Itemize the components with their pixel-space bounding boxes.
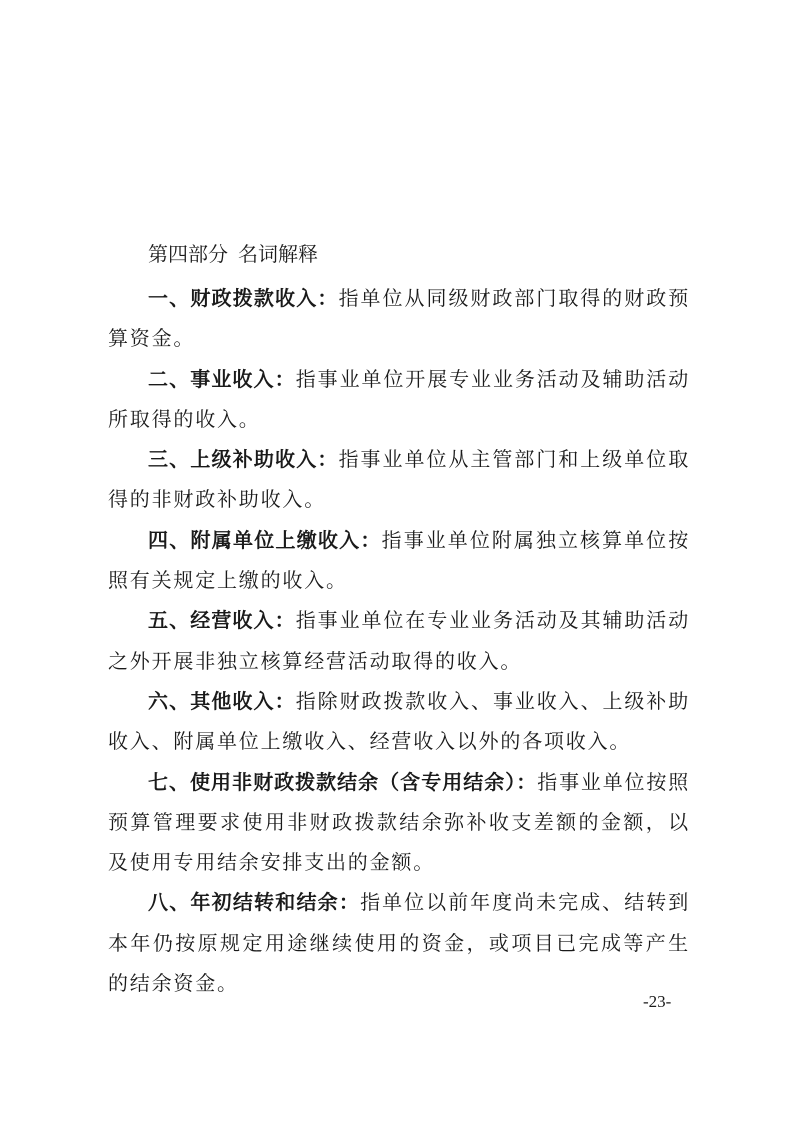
definition-term: 七、使用非财政拨款结余（含专用结余）： [148, 770, 537, 794]
section-heading: 第四部分名词解释 [148, 238, 318, 267]
definition-term: 八、年初结转和结余： [148, 890, 360, 914]
definition-item: 三、上级补助收入：指事业单位从主管部门和上级单位取得的非财政补助收入。 [108, 439, 690, 520]
section-title: 名词解释 [238, 242, 318, 266]
definition-item: 一、财政拨款收入：指单位从同级财政部门取得的财政预算资金。 [108, 278, 690, 359]
document-page: 第四部分名词解释 一、财政拨款收入：指单位从同级财政部门取得的财政预算资金。 二… [0, 0, 793, 1122]
definition-item: 四、附属单位上缴收入：指事业单位附属独立核算单位按照有关规定上缴的收入。 [108, 520, 690, 601]
definitions-list: 一、财政拨款收入：指单位从同级财政部门取得的财政预算资金。 二、事业收入：指事业… [108, 278, 690, 1003]
definition-item: 二、事业收入：指事业单位开展专业业务活动及辅助活动所取得的收入。 [108, 359, 690, 440]
page-number: -23- [643, 992, 671, 1012]
definition-term: 四、附属单位上缴收入： [148, 528, 382, 552]
definition-term: 五、经营收入： [148, 608, 296, 632]
definition-item: 七、使用非财政拨款结余（含专用结余）：指事业单位按照预算管理要求使用非财政拨款结… [108, 762, 690, 883]
definition-term: 三、上级补助收入： [148, 447, 339, 471]
definition-term: 二、事业收入： [148, 367, 296, 391]
definition-item: 八、年初结转和结余：指单位以前年度尚未完成、结转到本年仍按原规定用途继续使用的资… [108, 882, 690, 1003]
definition-term: 一、财政拨款收入： [148, 286, 339, 310]
definition-item: 六、其他收入：指除财政拨款收入、事业收入、上级补助收入、附属单位上缴收入、经营收… [108, 681, 690, 762]
section-part: 第四部分 [148, 242, 228, 266]
definition-term: 六、其他收入： [148, 689, 296, 713]
definition-item: 五、经营收入：指事业单位在专业业务活动及其辅助活动之外开展非独立核算经营活动取得… [108, 600, 690, 681]
